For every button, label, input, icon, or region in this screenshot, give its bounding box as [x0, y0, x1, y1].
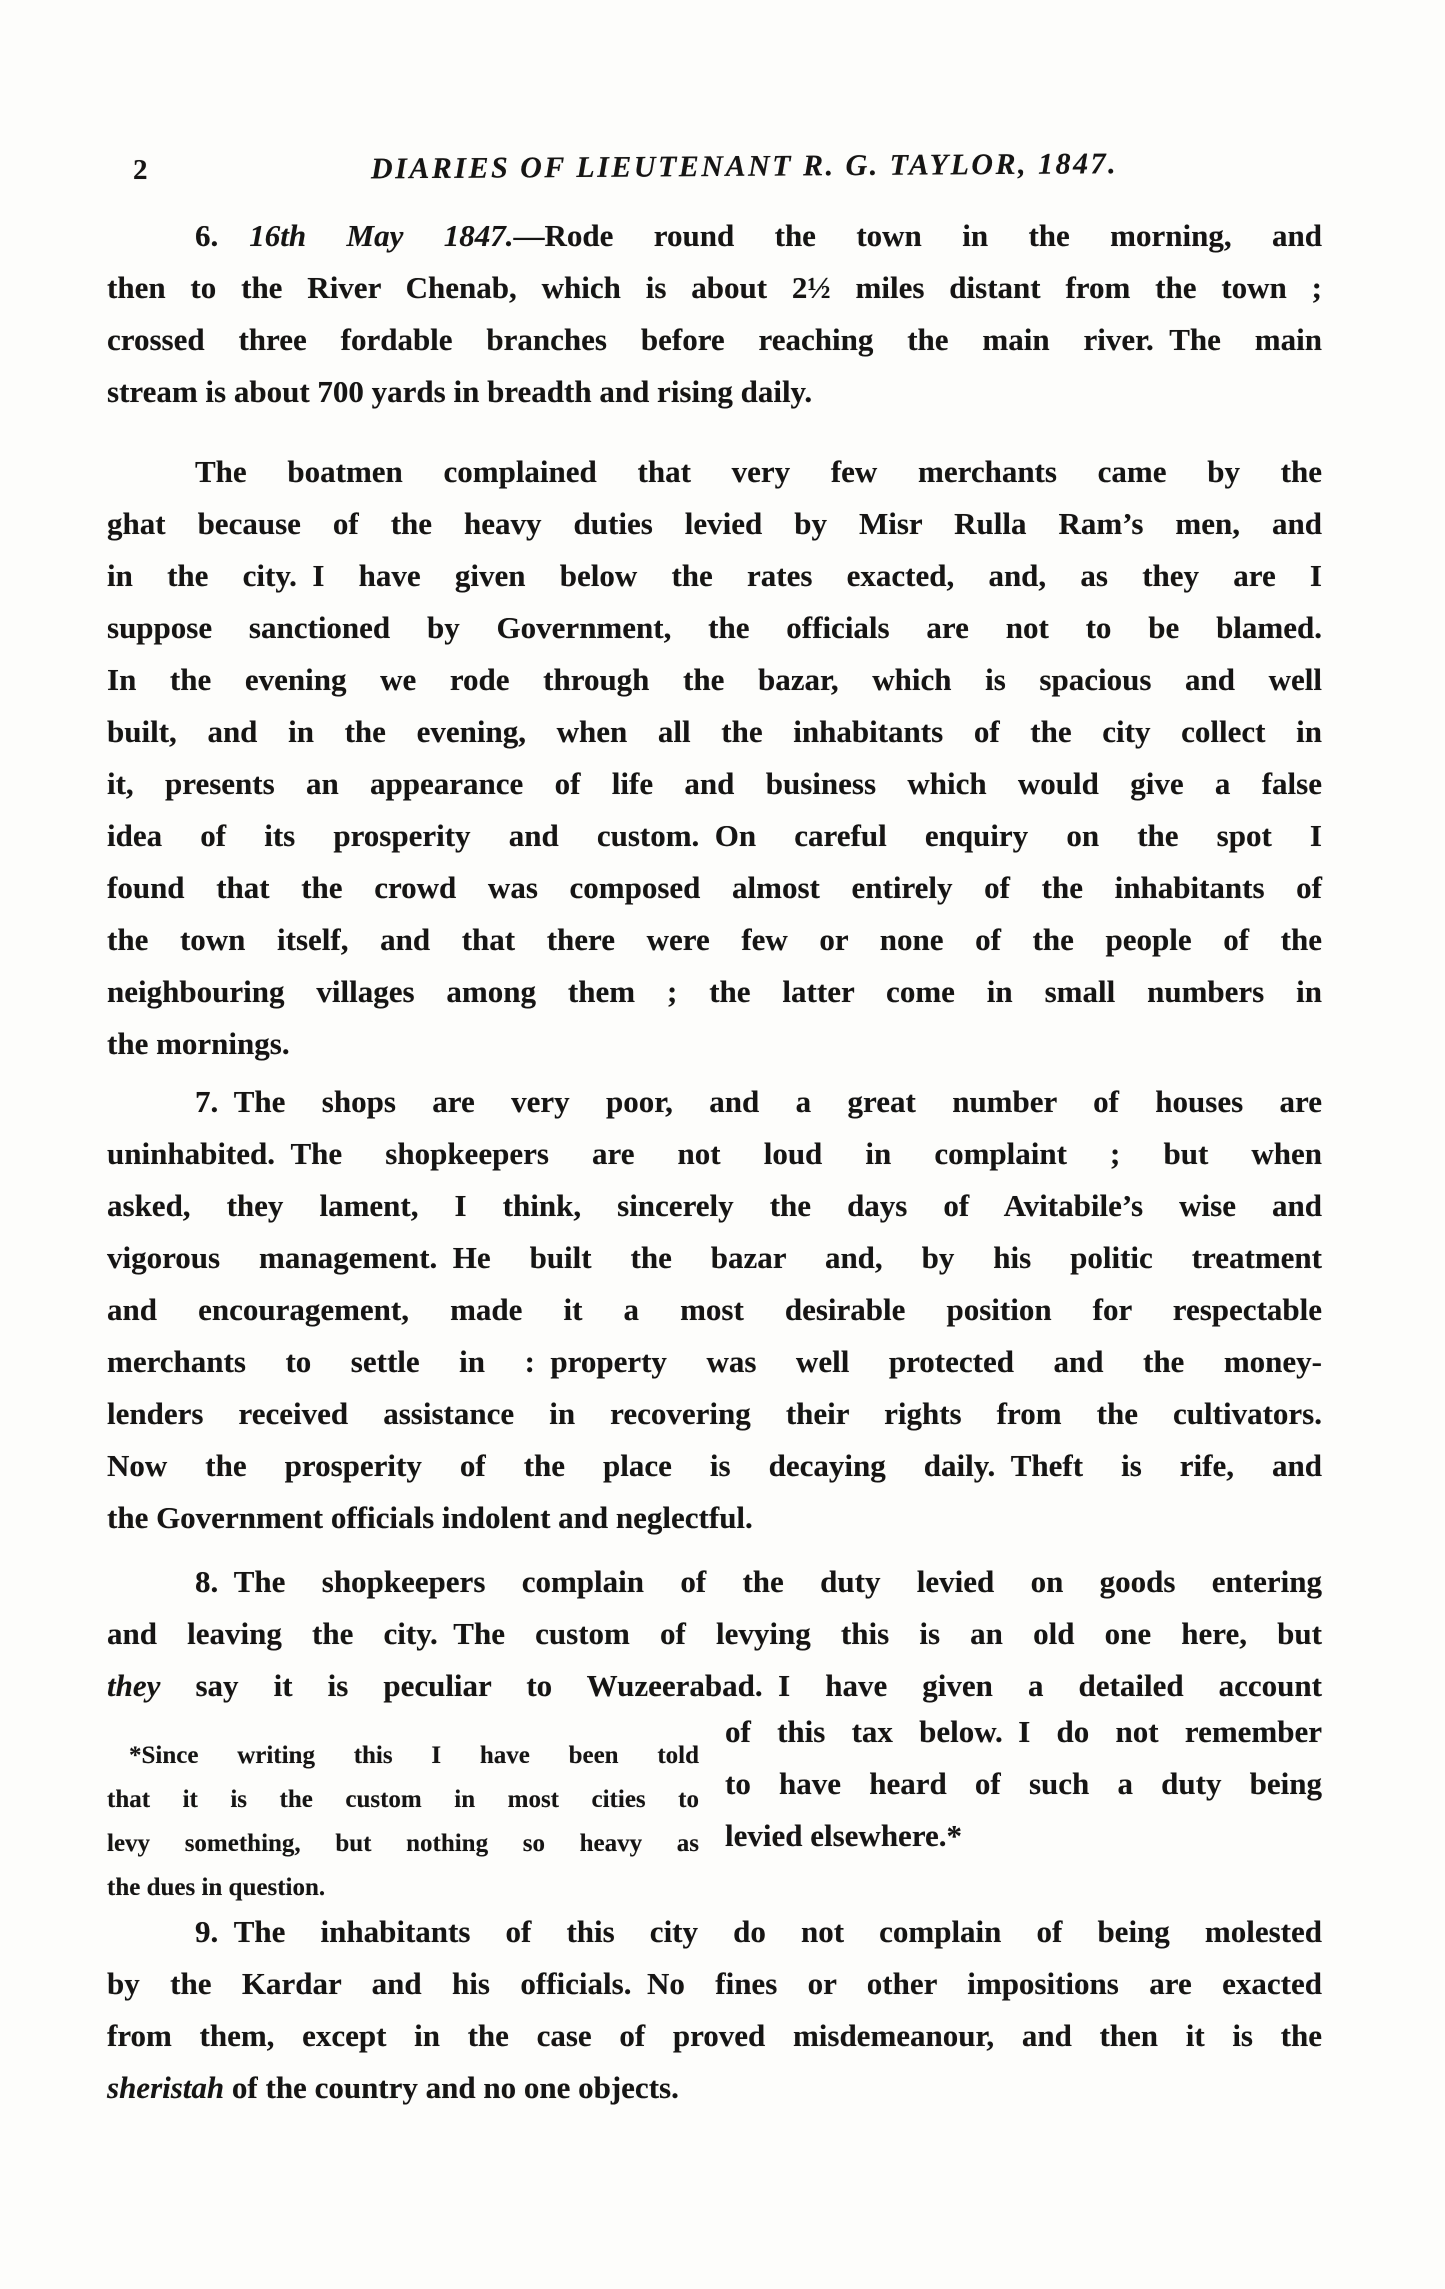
text-line: the Government officials indolent and ne…	[107, 1492, 1322, 1544]
footnote: *Since writing this I have been told tha…	[107, 1734, 699, 1910]
paragraph-6: 6. 16th May 1847.—Rode round the town in…	[107, 210, 1322, 418]
text-line: and encouragement, made it a most desira…	[107, 1284, 1322, 1336]
text-segment: of the country and no one objects.	[224, 2070, 679, 2105]
paragraph-8-continuation: of this tax below. I do not remember to …	[725, 1706, 1322, 1862]
footnote-line: levy something, but nothing so heavy as	[107, 1822, 699, 1866]
text-segment: —Rode round the town in the morning, and	[514, 218, 1323, 253]
scanned-book-page: 2 DIARIES OF LIEUTENANT R. G. TAYLOR, 18…	[0, 0, 1445, 2289]
header-title: DIARIES OF LIEUTENANT R. G. TAYLOR, 1847…	[107, 146, 1322, 188]
text-line: stream is about 700 yards in breadth and…	[107, 366, 1322, 418]
text-line: 8. The shopkeepers complain of the duty …	[107, 1556, 1322, 1608]
text-line: then to the River Chenab, which is about…	[107, 262, 1322, 314]
text-line: they say it is peculiar to Wuzeerabad. I…	[107, 1660, 1322, 1712]
paragraph-boatmen: The boatmen complained that very few mer…	[107, 446, 1322, 1070]
text-line: in the city. I have given below the rate…	[107, 550, 1322, 602]
text-line: lenders received assistance in recoverin…	[107, 1388, 1322, 1440]
text-line: The boatmen complained that very few mer…	[107, 446, 1322, 498]
text-line: suppose sanctioned by Government, the of…	[107, 602, 1322, 654]
emphasized-word: sheristah	[107, 2070, 224, 2105]
text-line: 7. The shops are very poor, and a great …	[107, 1076, 1322, 1128]
emphasized-word: they	[107, 1668, 160, 1703]
footnote-line: that it is the custom in most cities to	[107, 1778, 699, 1822]
text-line: the town itself, and that there were few…	[107, 914, 1322, 966]
text-line: merchants to settle in : property was we…	[107, 1336, 1322, 1388]
text-line: and leaving the city. The custom of levy…	[107, 1608, 1322, 1660]
footnote-line: *Since writing this I have been told	[107, 1734, 699, 1778]
text-line: uninhabited. The shopkeepers are not lou…	[107, 1128, 1322, 1180]
text-line: Now the prosperity of the place is decay…	[107, 1440, 1322, 1492]
text-line: neighbouring villages among them ; the l…	[107, 966, 1322, 1018]
text-line: found that the crowd was composed almost…	[107, 862, 1322, 914]
text-line: from them, except in the case of proved …	[107, 2010, 1322, 2062]
text-line: idea of its prosperity and custom. On ca…	[107, 810, 1322, 862]
text-line: sheristah of the country and no one obje…	[107, 2062, 1322, 2114]
text-line: by the Kardar and his officials. No fine…	[107, 1958, 1322, 2010]
text-line: 6. 16th May 1847.—Rode round the town in…	[107, 210, 1322, 262]
text-line: of this tax below. I do not remember	[725, 1706, 1322, 1758]
text-line: asked, they lament, I think, sincerely t…	[107, 1180, 1322, 1232]
paragraph-7: 7. The shops are very poor, and a great …	[107, 1076, 1322, 1544]
text-line: vigorous management. He built the bazar …	[107, 1232, 1322, 1284]
text-line: to have heard of such a duty being	[725, 1758, 1322, 1810]
text-line: ghat because of the heavy duties levied …	[107, 498, 1322, 550]
text-segment: say it is peculiar to Wuzeerabad. I have…	[160, 1668, 1322, 1703]
paragraph-9: 9. The inhabitants of this city do not c…	[107, 1906, 1322, 2114]
paragraph-8: 8. The shopkeepers complain of the duty …	[107, 1556, 1322, 1712]
diary-date: 16th May 1847.	[249, 218, 513, 253]
text-line: the mornings.	[107, 1018, 1322, 1070]
text-line: 9. The inhabitants of this city do not c…	[107, 1906, 1322, 1958]
text-line: In the evening we rode through the bazar…	[107, 654, 1322, 706]
text-line: crossed three fordable branches before r…	[107, 314, 1322, 366]
footnote-line: the dues in question.	[107, 1866, 699, 1910]
running-header: 2 DIARIES OF LIEUTENANT R. G. TAYLOR, 18…	[107, 150, 1322, 196]
paragraph-number: 6.	[195, 218, 218, 253]
text-line: it, presents an appearance of life and b…	[107, 758, 1322, 810]
text-line: levied elsewhere.*	[725, 1810, 1322, 1862]
text-line: built, and in the evening, when all the …	[107, 706, 1322, 758]
